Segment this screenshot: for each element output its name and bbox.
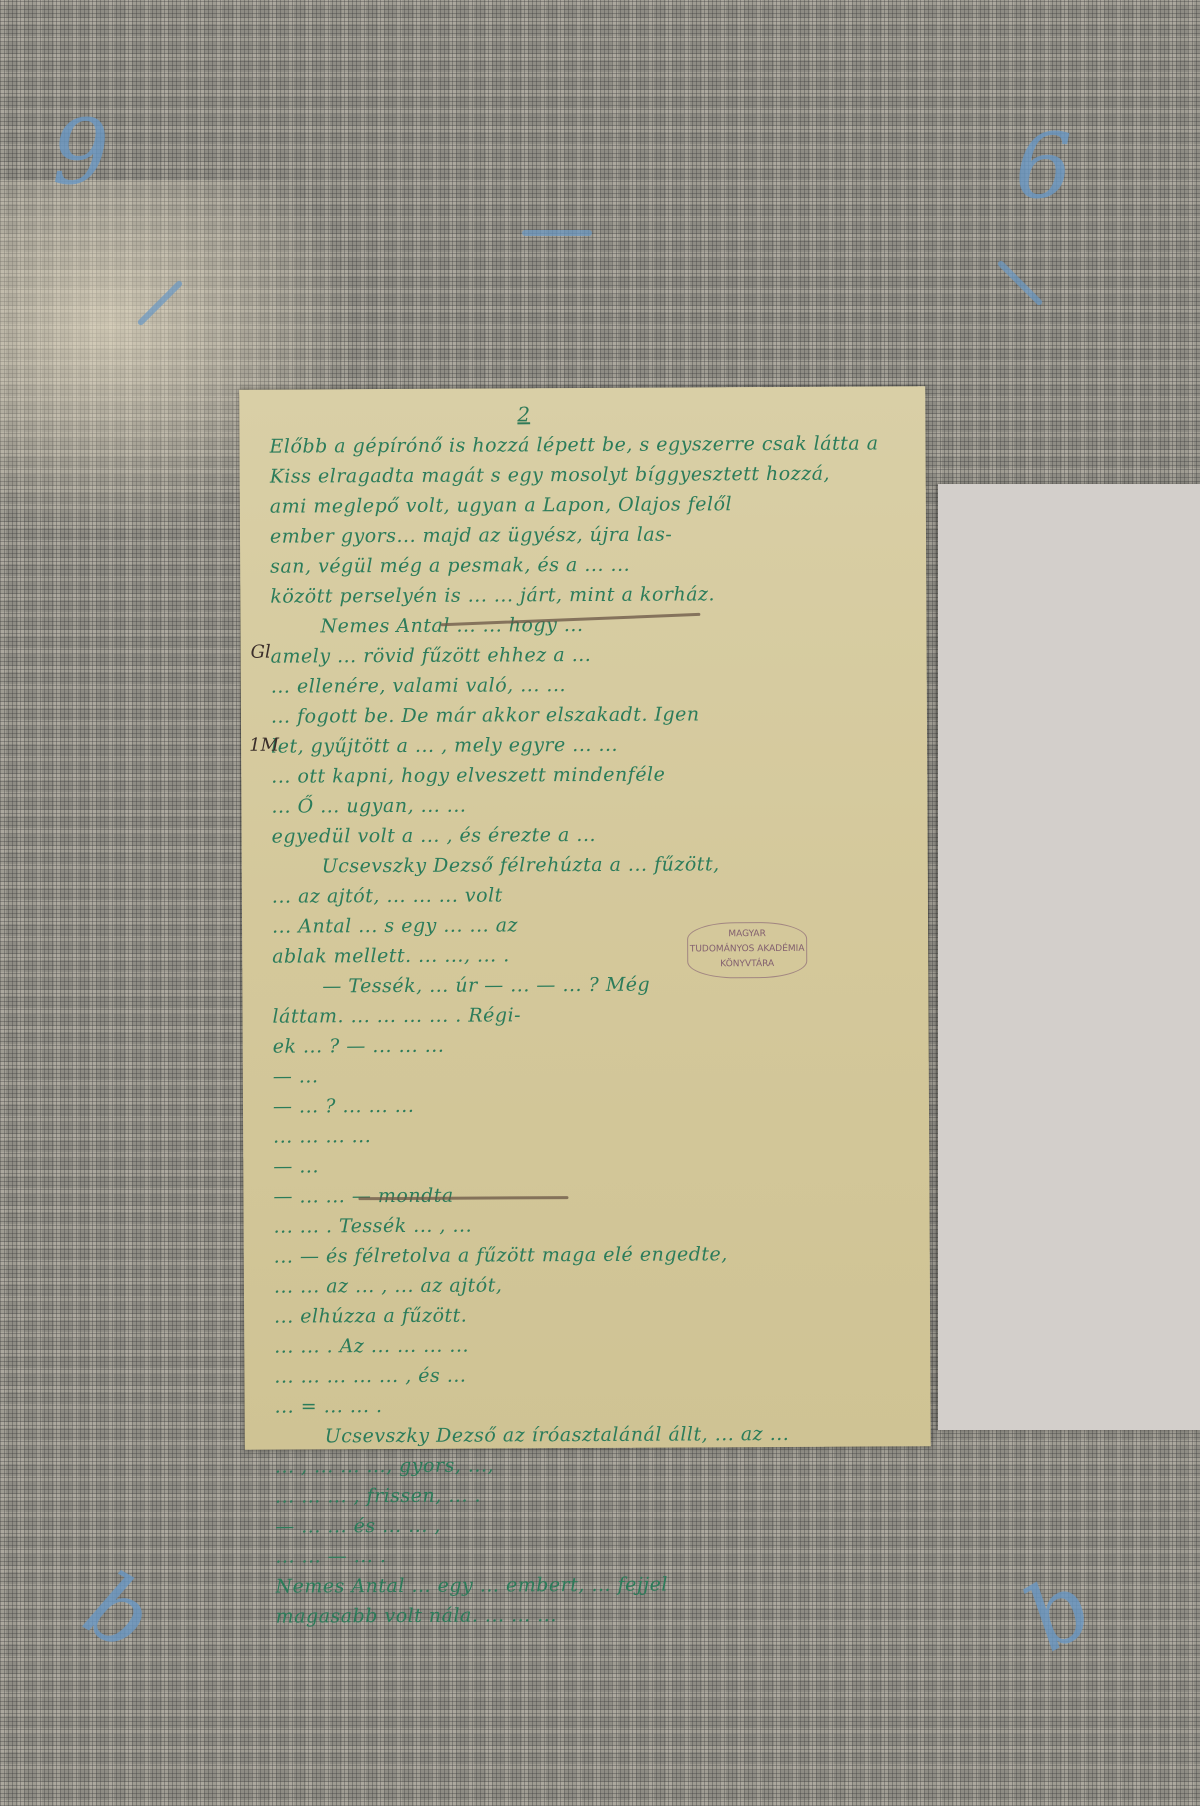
crayon-stroke — [522, 230, 592, 236]
manuscript-line: — ... ... és ... ... , — [275, 1508, 911, 1541]
manuscript-line: — ... ... — mondta — [273, 1178, 909, 1211]
manuscript-line: ember gyors... majd az ügyész, újra las- — [270, 518, 906, 551]
manuscript-line: ... ... ... ... ... , és ... — [274, 1358, 910, 1391]
pencil-mark-top-left: 9 — [52, 100, 109, 205]
manuscript-line: ... ... ... , frissen, ... . — [275, 1478, 911, 1511]
manuscript-line: ... ott kapni, hogy elveszett mindenféle — [271, 758, 907, 791]
manuscript-line: ... ... ... ... — [273, 1118, 909, 1151]
manuscript-line: — ... — [273, 1058, 909, 1091]
manuscript-line: ... ellenére, valami való, ... ... — [271, 668, 907, 701]
stamp-line: KÖNYVTÁRA — [688, 957, 806, 973]
manuscript-line: ... Antal ... s egy ... ... az — [272, 908, 908, 941]
handwritten-text: Előbb a gépírónő is hozzá lépett be, s e… — [269, 428, 911, 1631]
manuscript-line: ... ... — ... . — [275, 1538, 911, 1571]
manuscript-line: között perselyén is ... ... járt, mint a… — [270, 578, 906, 611]
manuscript-line: Nemes Antal ... egy ... embert, ... fejj… — [275, 1568, 911, 1601]
manuscript-line: — ... — [273, 1148, 909, 1181]
crayon-stroke — [997, 260, 1044, 307]
manuscript-line: ... Ő ... ugyan, ... ... — [271, 788, 907, 821]
manuscript-line: ... — és félretolva a fűzött maga elé en… — [274, 1238, 910, 1271]
white-backing-card — [938, 484, 1200, 1430]
manuscript-line: ek ... ? — ... ... ... — [273, 1028, 909, 1061]
manuscript-line: ... az ajtót, ... ... ... volt — [272, 878, 908, 911]
manuscript-line: let, gyűjtött a ... , mely egyre ... ... — [271, 728, 907, 761]
manuscript-line: ... ... . Az ... ... ... ... — [274, 1328, 910, 1361]
margin-note: Gl — [251, 642, 271, 663]
pencil-mark-bottom-right: b — [1008, 1553, 1110, 1673]
manuscript-line: láttam. ... ... ... ... . Régi- — [272, 998, 908, 1031]
manuscript-line: ... ... . Tessék ... , ... — [274, 1208, 910, 1241]
manuscript-line: Ucsevszky Dezső félrehúzta a ... fűzött, — [272, 848, 908, 881]
manuscript-line: san, végül még a pesmak, és a ... ... — [270, 548, 906, 581]
margin-note: 1M — [249, 735, 279, 756]
manuscript-line: Előbb a gépírónő is hozzá lépett be, s e… — [269, 428, 905, 461]
manuscript-line: ... fogott be. De már akkor elszakadt. I… — [271, 698, 907, 731]
manuscript-line: ... ... az ... , ... az ajtót, — [274, 1268, 910, 1301]
stamp-line: MAGYAR — [688, 927, 806, 943]
manuscript-line: Kiss elragadta magát s egy mosolyt bíggy… — [270, 458, 906, 491]
page-number: 2 — [517, 402, 530, 426]
manuscript-line: ... elhúzza a fűzött. — [274, 1298, 910, 1331]
manuscript-line: magasabb volt nála. ... ... ... — [276, 1598, 912, 1631]
manuscript-line: — Tessék, ... úr — ... — ... ? Még — [272, 968, 908, 1001]
manuscript-line: amely ... rövid fűzött ehhez a ... — [271, 638, 907, 671]
manuscript-line: Ucsevszky Dezső az íróasztalánál állt, .… — [275, 1418, 911, 1451]
manuscript-line: Nemes Antal ... ... hogy ... — [270, 608, 906, 641]
stamp-line: TUDOMÁNYOS AKADÉMIA — [688, 942, 806, 958]
library-stamp: MAGYAR TUDOMÁNYOS AKADÉMIA KÖNYVTÁRA — [687, 922, 807, 979]
pencil-mark-top-right: 9 — [1015, 110, 1072, 215]
manuscript-line: egyedül volt a ... , és érezte a ... — [271, 818, 907, 851]
pencil-mark-bottom-left: b — [68, 1553, 170, 1673]
manuscript-page: 2 Előbb a gépírónő is hozzá lépett be, s… — [239, 386, 931, 1450]
manuscript-line: ablak mellett. ... ..., ... . — [272, 938, 908, 971]
manuscript-line: — ... ? ... ... ... — [273, 1088, 909, 1121]
manuscript-line: ami meglepő volt, ugyan a Lapon, Olajos … — [270, 488, 906, 521]
manuscript-line: ... , ... ... ..., gyors, ..., — [275, 1448, 911, 1481]
manuscript-line: ... = ... ... . — [274, 1388, 910, 1421]
